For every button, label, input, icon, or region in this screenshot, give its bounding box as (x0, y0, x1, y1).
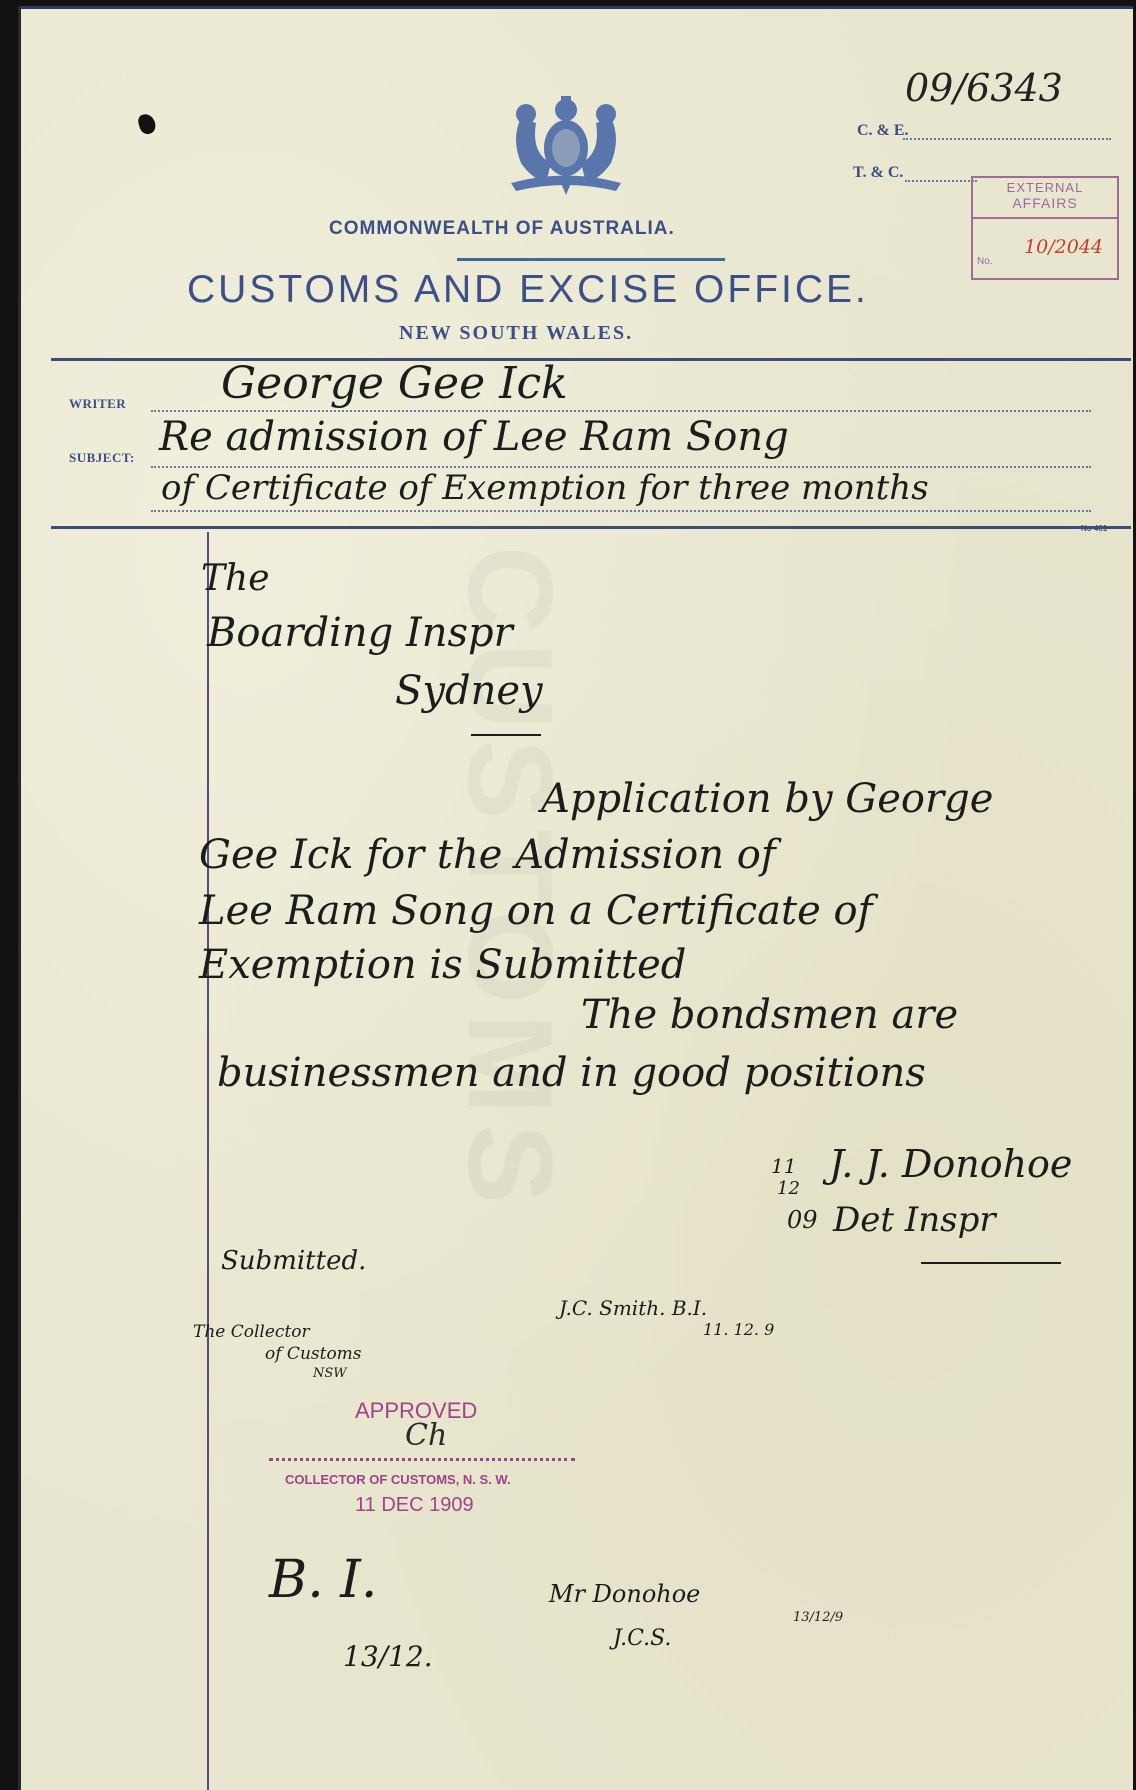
subject-line-2: of Certificate of Exemption for three mo… (161, 468, 929, 508)
subject-dotline-2 (151, 510, 1091, 512)
writer-label: WRITER (69, 396, 126, 412)
subject-line-1: Re admission of Lee Ram Song (159, 414, 789, 460)
stamp-divider (973, 217, 1117, 219)
stamp-no-label: No. (977, 256, 993, 267)
body-line-2: Gee Ick for the Admission of (199, 832, 776, 878)
ce-dotline (903, 138, 1111, 140)
tc-label: T. & C. (853, 164, 903, 182)
scan-edge (21, 6, 1133, 9)
document-page: CUSTOMS COMMONWEALTH OF AUSTRALIA. CUSTO… (18, 6, 1133, 1790)
ce-label: C. & E. (857, 122, 909, 140)
signature-date-year: 09 (787, 1206, 818, 1234)
sydney-underline (471, 734, 541, 736)
body-line-6: businessmen and in good positions (217, 1050, 926, 1096)
coat-of-arms-icon (491, 88, 641, 198)
donohoe-date: 13/12/9 (793, 1610, 843, 1625)
header-bottom-rule (51, 526, 1131, 529)
smith-signature: J.C. Smith. B.I. (559, 1296, 707, 1320)
body-line-3: Lee Ram Song on a Certificate of (199, 888, 872, 934)
approved-stamp-signature: Ch (405, 1418, 447, 1453)
salutation-sydney: Sydney (395, 668, 543, 714)
signature-date-month: 12 (777, 1178, 800, 1199)
approved-stamp-role: COLLECTOR OF CUSTOMS, N. S. W. (285, 1472, 511, 1487)
writer-dotline (151, 410, 1091, 412)
approved-stamp-dotline (269, 1458, 575, 1461)
submitted-note: Submitted. (221, 1246, 366, 1276)
stamp-line-2: AFFAIRS (973, 195, 1117, 211)
external-affairs-stamp: EXTERNAL AFFAIRS 10/2044 No. (971, 176, 1119, 280)
header-top-rule (51, 358, 1131, 361)
commonwealth-heading: COMMONWEALTH OF AUSTRALIA. (329, 218, 675, 240)
ce-reference-number: 09/6343 (905, 66, 1063, 110)
body-line-1: Application by George (541, 776, 993, 822)
body-line-5: The bondsmen are (581, 992, 958, 1038)
signature-title: Det Inspr (833, 1200, 996, 1240)
writer-value: George Gee Ick (221, 358, 568, 409)
bi-initials: B. I. (269, 1550, 377, 1610)
bi-date: 13/12. (343, 1640, 433, 1673)
stamp-number: 10/2044 (1024, 236, 1103, 258)
body-line-4: Exemption is Submitted (199, 942, 686, 988)
to-collector-line-3: NSW (313, 1366, 347, 1381)
to-collector-line-1: The Collector (193, 1322, 310, 1342)
signature-date-day: 11 (771, 1154, 796, 1178)
margin-rule (207, 532, 209, 1790)
salutation-boarding-inspector: Boarding Inspr (207, 610, 513, 656)
tc-dotline (905, 180, 977, 182)
signature-underline (921, 1262, 1061, 1264)
approved-stamp-date: 11 DEC 1909 (355, 1494, 474, 1517)
heading-rule (457, 258, 725, 261)
subject-label: SUBJECT: (69, 450, 135, 466)
salutation-the: The (201, 558, 270, 599)
to-collector-line-2: of Customs (265, 1344, 362, 1364)
smith-date: 11. 12. 9 (703, 1320, 774, 1339)
stamp-line-1: EXTERNAL (973, 180, 1117, 195)
signature-name: J. J. Donohoe (829, 1142, 1072, 1186)
donohoe-initials: J.C.S. (613, 1626, 671, 1651)
state-subtitle: NEW SOUTH WALES. (399, 322, 633, 345)
office-title: CUSTOMS AND EXCISE OFFICE. (187, 268, 869, 312)
punch-hole (137, 112, 158, 135)
donohoe-note: Mr Donohoe (549, 1580, 700, 1608)
